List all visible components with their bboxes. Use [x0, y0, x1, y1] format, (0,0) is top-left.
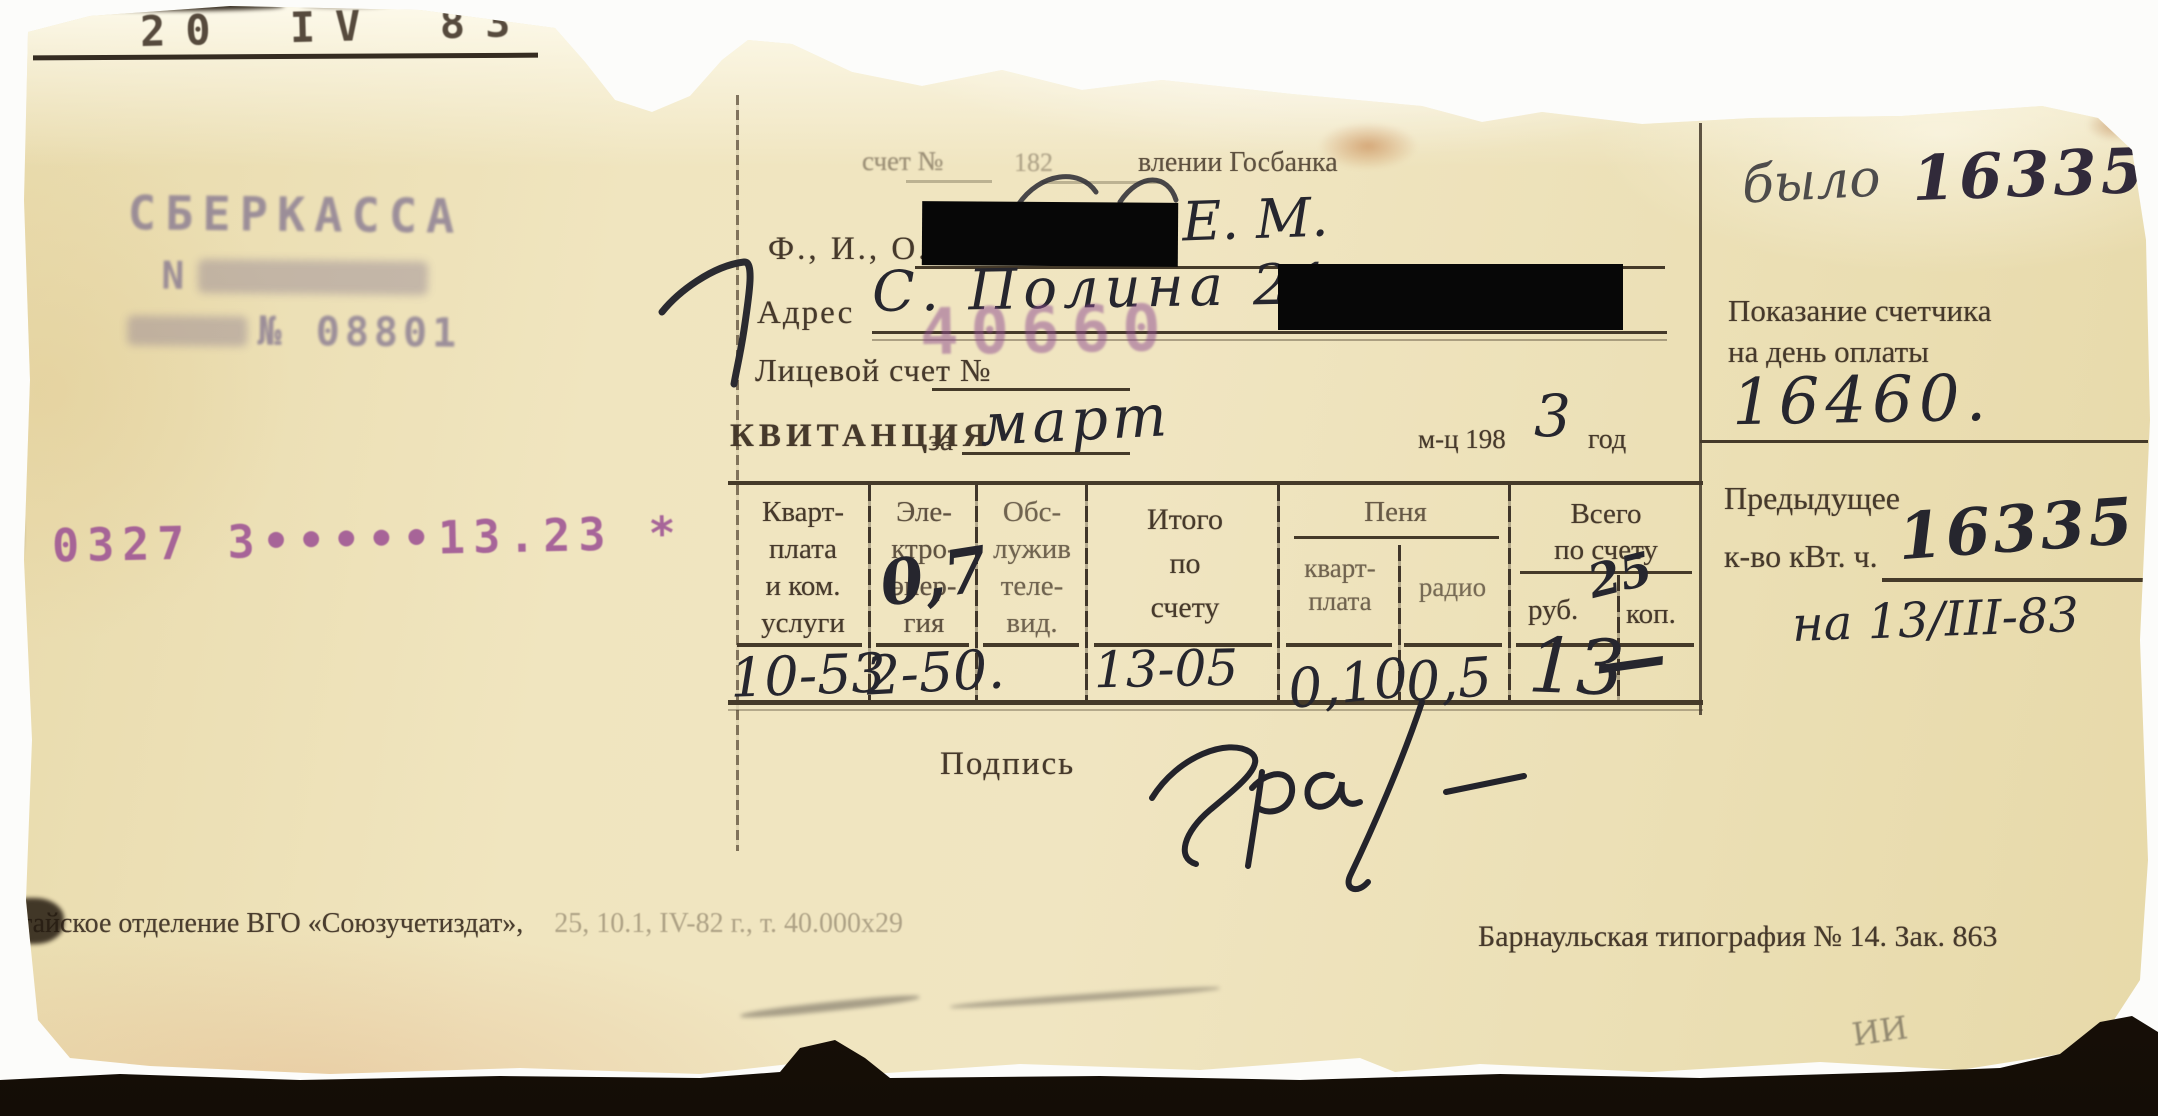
- value-kvartplata: 10-53: [729, 641, 887, 709]
- table-vline: [1085, 485, 1088, 703]
- signature-label: Подпись: [940, 746, 1075, 783]
- paper-sheet: 20 IV 83 СБЕРКАССА N № 08801 0327 3•••••…: [0, 0, 2158, 1116]
- left-edge-mark: [0, 424, 20, 486]
- receipt-month-rule: [962, 452, 1130, 455]
- table-header-penya-radio: радио: [1400, 572, 1505, 603]
- pencil-marks: ИИ: [1850, 1008, 1911, 1053]
- previous-label: Предыдущее: [1724, 480, 1900, 517]
- pen-checkmark: [660, 250, 780, 400]
- footer-smudge: [0, 898, 64, 944]
- table-vline: [1508, 485, 1511, 703]
- left-edge-mark: [0, 58, 16, 132]
- fio-handwritten: Е. М.: [1181, 185, 1329, 253]
- receipt-za-label: за: [928, 424, 953, 458]
- previous-kwh-rule: [1882, 578, 2155, 582]
- value-electro: 2-50.: [864, 637, 1006, 707]
- footer-imprint-left-text: тайское отделение ВГО «Союзучетиздат»,: [20, 908, 523, 939]
- form-left-border: [736, 95, 739, 851]
- sberkassa-illegible-block: [198, 259, 428, 295]
- pencil-smudge: [740, 993, 920, 1021]
- meter-reading-value: 16460.: [1731, 362, 1992, 441]
- sberkassa-line1: СБЕРКАССА: [95, 186, 496, 245]
- form-top-left-text: счет №: [862, 146, 943, 177]
- table-header-penya: Пеня: [1283, 496, 1508, 529]
- sberkassa-illegible-block: [127, 315, 247, 346]
- table-header-kvartplata: Кварт- плата и ком. услуги: [740, 494, 866, 642]
- pencil-smudge: [950, 985, 1220, 1011]
- value-vsego-dash: —: [1588, 611, 1671, 705]
- receipt-mc-label: м-ц 198: [1418, 424, 1506, 455]
- previous-kwh-value: 16335: [1896, 484, 2138, 575]
- purple-code-stamp: 0327 3•••••13.23 *: [52, 506, 685, 572]
- date-stamp: 20 IV 83: [139, 0, 530, 56]
- previous-date: на 13/III-83: [1791, 587, 2080, 653]
- sberkassa-line3: № 08801: [257, 309, 461, 357]
- top-edge-fragment: [300, 0, 390, 8]
- panel-divider: [1699, 123, 1702, 715]
- receipt-year-handwritten: 3: [1534, 382, 1571, 450]
- date-stamp-rule: [33, 53, 538, 61]
- hw-bylo-number: 16335: [1911, 134, 2149, 215]
- meter-reading-label-1: Показание счетчика: [1728, 293, 1992, 329]
- footer-imprint-right: Барнаульская типография № 14. Зак. 863: [1478, 920, 1997, 954]
- sberkassa-stamp: СБЕРКАССА N № 08801: [94, 186, 496, 357]
- table-header-penya-kvart: кварт- плата: [1284, 552, 1396, 618]
- signature-scribble: [1100, 680, 1560, 900]
- meter-reading-rule: [1700, 440, 2148, 443]
- account-number-stamp: 40660: [919, 292, 1173, 370]
- left-edge-mark: [0, 498, 22, 570]
- receipt-god-label: год: [1588, 424, 1626, 456]
- footer-imprint-left-faded: 25, 10.1, IV-82 г., т. 40.000x29: [554, 908, 903, 939]
- header-rule: [1286, 643, 1392, 647]
- hw-bylo-word: было: [1741, 148, 1882, 215]
- previous-kwh-label: к-во кВт. ч.: [1724, 538, 1878, 575]
- sberkassa-line2: N: [161, 254, 184, 298]
- left-edge-line: [0, 50, 5, 1050]
- footer-imprint-left: тайское отделение ВГО «Союзучетиздат», 2…: [20, 908, 903, 940]
- scanned-receipt-page: 20 IV 83 СБЕРКАССА N № 08801 0327 3•••••…: [0, 0, 2158, 1116]
- receipt-month-handwritten: март: [978, 381, 1172, 459]
- table-top-rule: [728, 481, 1703, 485]
- left-edge-mark: [0, 686, 18, 778]
- table-header-itogo: Итого по счету: [1090, 498, 1280, 630]
- table-header-teleobsluzh: Обс- лужив теле- вид.: [980, 494, 1084, 642]
- penya-rule: [1294, 536, 1499, 539]
- left-edge-mark: [0, 270, 10, 314]
- redaction-box-address: [1278, 264, 1623, 330]
- form-top-rule: [906, 180, 992, 183]
